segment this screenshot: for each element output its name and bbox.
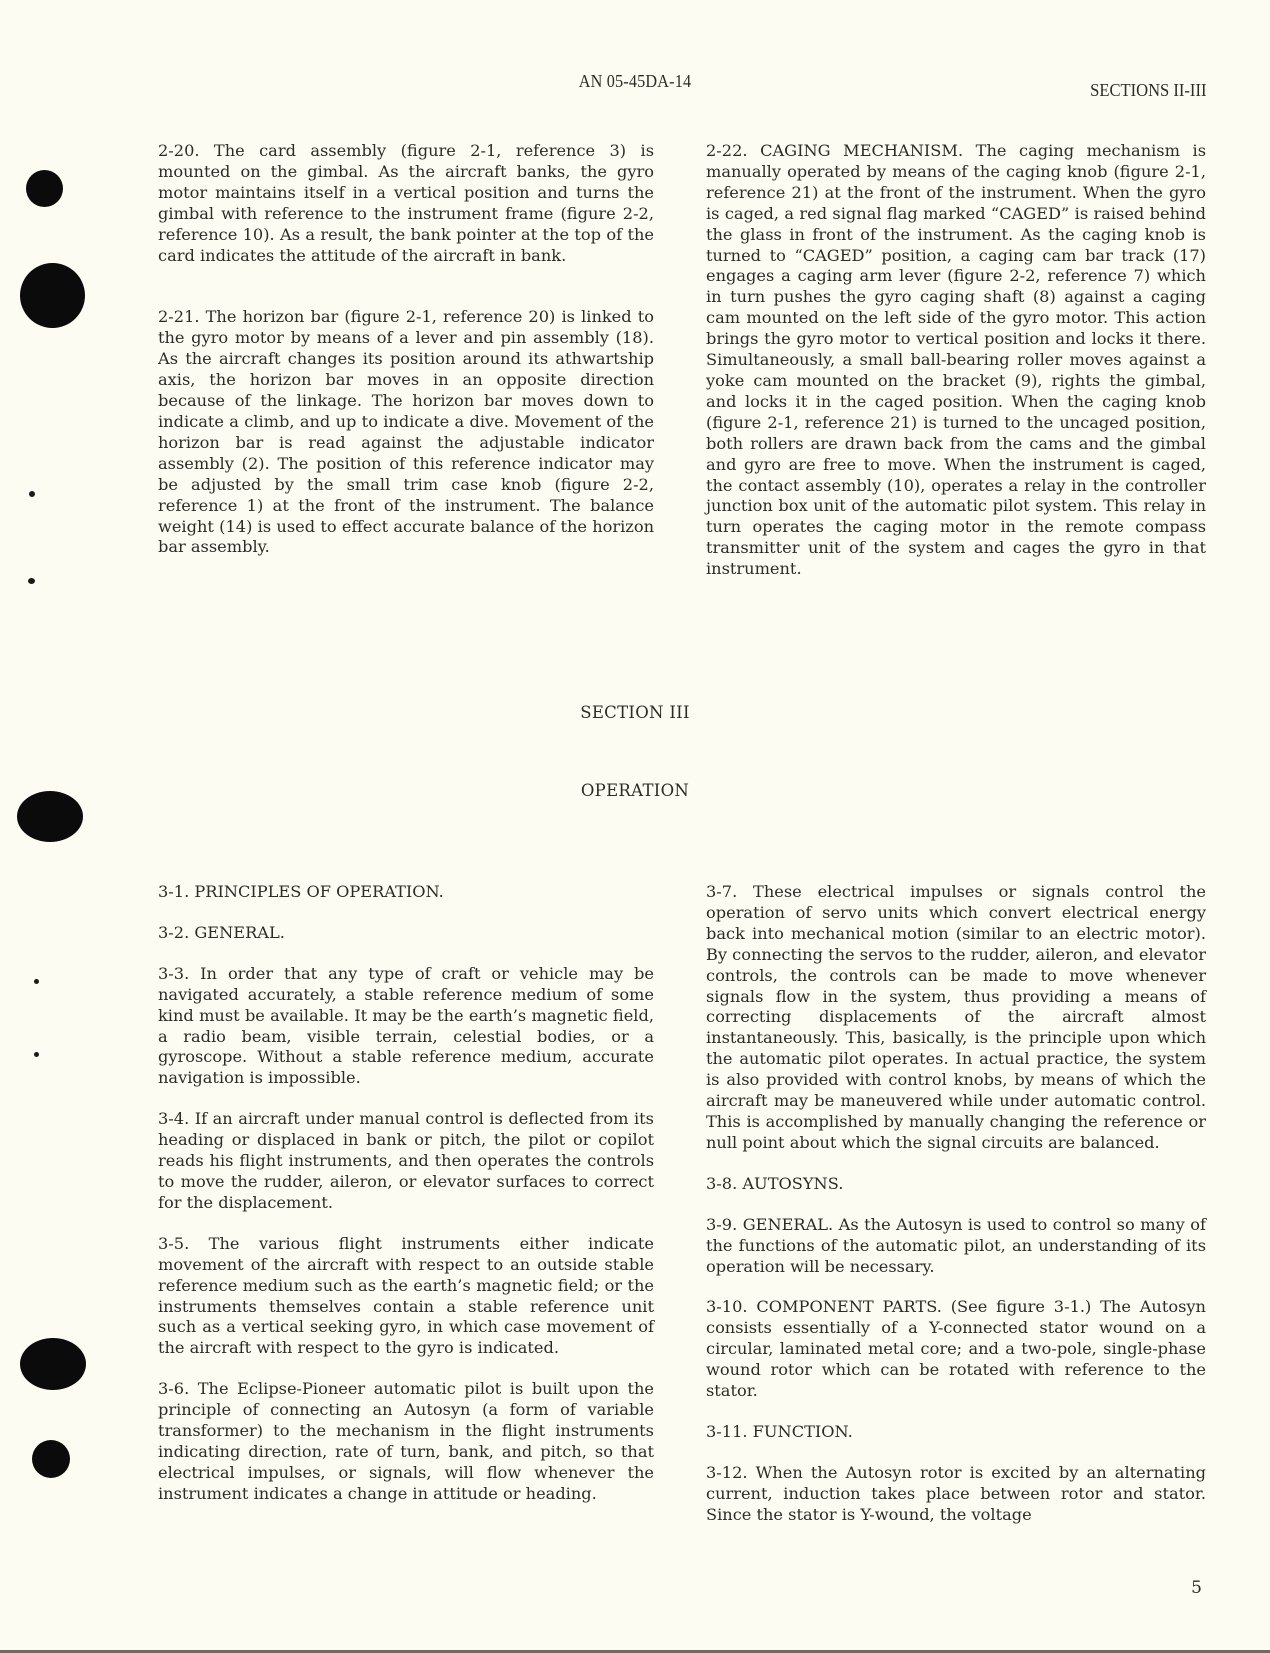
punch-hole	[26, 170, 63, 207]
paragraph-3-7: 3-7. These electrical impulses or signal…	[706, 882, 1206, 1154]
section-range: SECTIONS II-III	[1090, 80, 1206, 101]
paragraph-3-6: 3-6. The Eclipse-Pioneer automatic pilot…	[158, 1379, 654, 1504]
paragraph-3-9: 3-9. GENERAL. As the Autosyn is used to …	[706, 1215, 1206, 1278]
paragraph-3-5: 3-5. The various flight instruments eith…	[158, 1234, 654, 1359]
page-number: 5	[1191, 1578, 1202, 1598]
paragraph-2-21: 2-21. The horizon bar (figure 2-1, refer…	[158, 307, 654, 558]
heading-3-1: 3-1. PRINCIPLES OF OPERATION.	[158, 882, 654, 903]
punch-hole	[20, 263, 85, 328]
paragraph-3-12: 3-12. When the Autosyn rotor is excited …	[706, 1463, 1206, 1526]
paragraph-3-4: 3-4. If an aircraft under manual control…	[158, 1109, 654, 1214]
paragraph-2-20: 2-20. The card assembly (figure 2-1, ref…	[158, 141, 654, 266]
paragraph-3-10: 3-10. COMPONENT PARTS. (See figure 3-1.)…	[706, 1297, 1206, 1402]
heading-3-8: 3-8. AUTOSYNS.	[706, 1174, 1206, 1195]
section-iii-left-column: 3-1. PRINCIPLES OF OPERATION. 3-2. GENER…	[158, 882, 654, 1505]
punch-hole	[32, 1440, 70, 1478]
scan-speck	[28, 578, 35, 584]
section-ii-left-column: 2-20. The card assembly (figure 2-1, ref…	[158, 141, 654, 558]
scan-speck	[34, 1052, 39, 1057]
punch-hole	[20, 1338, 86, 1390]
section-ii-right-column: 2-22. CAGING MECHANISM. The caging mecha…	[706, 141, 1206, 580]
section-number-heading: SECTION III	[0, 703, 1270, 722]
document-number: AN 05-45DA-14	[64, 71, 1207, 92]
heading-3-11: 3-11. FUNCTION.	[706, 1422, 1206, 1443]
scan-speck	[34, 979, 39, 984]
section-iii-right-column: 3-7. These electrical impulses or signal…	[706, 882, 1206, 1526]
paragraph-3-3: 3-3. In order that any type of craft or …	[158, 964, 654, 1089]
paragraph-2-22: 2-22. CAGING MECHANISM. The caging mecha…	[706, 141, 1206, 580]
heading-3-2: 3-2. GENERAL.	[158, 923, 654, 944]
section-title-heading: OPERATION	[0, 781, 1270, 800]
scan-speck	[29, 491, 35, 497]
